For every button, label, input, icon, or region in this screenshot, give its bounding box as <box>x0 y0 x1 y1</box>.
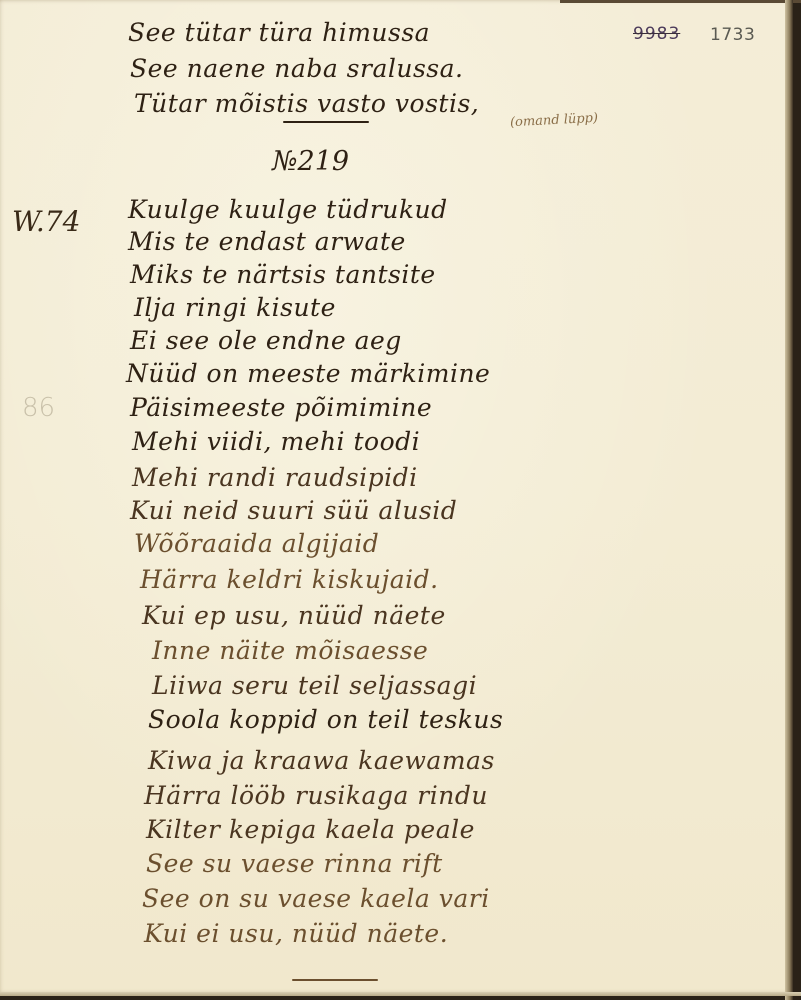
song-line: Liiwa seru teil seljassagi <box>152 672 477 700</box>
song-line: Nüüd on meeste märkimine <box>126 360 490 388</box>
song-line: Kiwa ja kraawa kaewamas <box>148 747 495 775</box>
previous-song-line: See tütar türa himussa <box>128 19 430 47</box>
margin-reference: W.74 <box>12 205 80 238</box>
end-divider <box>292 979 378 981</box>
song-line: Mehi viidi, mehi toodi <box>132 428 420 456</box>
song-line: Kui ei usu, nüüd näete. <box>144 920 448 948</box>
song-line: Miks te närtsis tantsite <box>130 261 436 289</box>
section-divider <box>283 121 369 123</box>
page-bottom-edge <box>0 992 801 996</box>
song-line: See on su vaese kaela vari <box>142 885 490 913</box>
song-line: Kui ep usu, nüüd näete <box>142 602 446 630</box>
song-line: See su vaese rinna rift <box>146 850 443 878</box>
song-line: Mehi randi raudsipidi <box>132 464 418 492</box>
previous-song-line: Tütar mõistis vasto vostis, <box>134 90 479 118</box>
archive-number-current: 1733 <box>710 25 755 45</box>
song-line: Kuulge kuulge tüdrukud <box>128 196 448 224</box>
page-right-edge <box>785 0 793 1000</box>
previous-song-line: See naene naba sralussa. <box>130 55 463 83</box>
page-top-edge <box>560 0 801 3</box>
song-line: Mis te endast arwate <box>128 228 406 256</box>
margin-note: (omand lüpp) <box>510 111 599 131</box>
song-line: Soola koppid on teil teskus <box>148 706 503 734</box>
archive-number-crossed-out: 9983 <box>633 24 680 44</box>
song-line: Inne näite mõisaesse <box>152 637 428 665</box>
song-line: Ilja ringi kisute <box>134 294 336 322</box>
song-line: Härra keldri kiskujaid. <box>140 566 439 594</box>
pencil-page-number: 86 <box>22 393 55 423</box>
song-line: Wõõraaida algijaid <box>134 530 379 558</box>
song-line: Kilter kepiga kaela peale <box>146 816 475 844</box>
song-number: №219 <box>272 146 349 177</box>
song-line: Päisimeeste põimimine <box>130 394 432 422</box>
manuscript-page: 9983 1733 See tütar türa himussa See nae… <box>0 0 793 996</box>
song-line: Kui neid suuri süü alusid <box>130 497 457 525</box>
song-line: Ei see ole endne aeg <box>130 327 402 355</box>
song-line: Härra lööb rusikaga rindu <box>144 782 488 810</box>
